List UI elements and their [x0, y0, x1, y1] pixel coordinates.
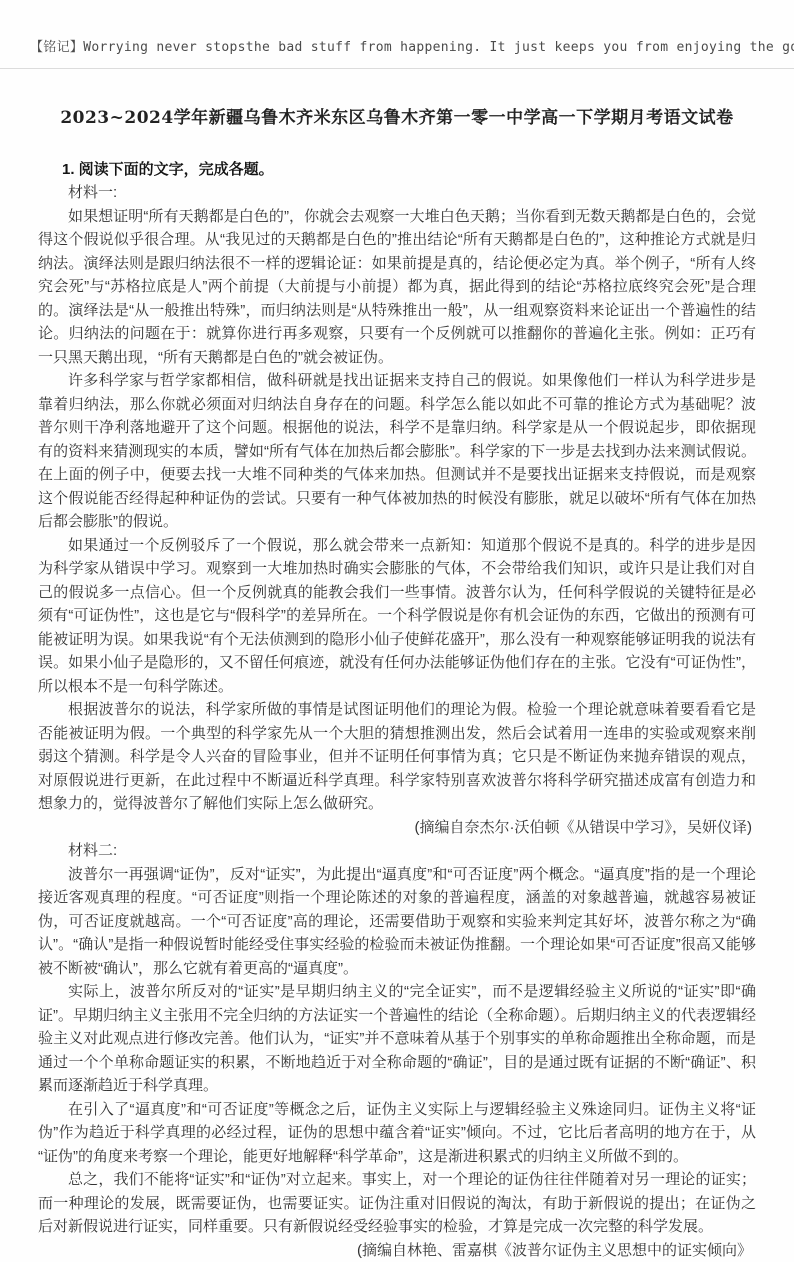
material-2-paragraph: 总之，我们不能将“证实”和“证伪”对立起来。事实上，对一个理论的证伪往往伴随着对… — [38, 1168, 756, 1239]
material-2-attribution: (摘编自林艳、雷嘉棋《波普尔证伪主义思想中的证实倾向》 — [38, 1239, 756, 1262]
material-1-paragraph: 如果想证明“所有天鹅都是白色的”，你就会去观察一大堆白色天鹅；当你看到无数天鹅都… — [38, 205, 756, 370]
material-1-paragraph: 许多科学家与哲学家都相信，做科研就是找出证据来支持自己的假说。如果像他们一样认为… — [38, 369, 756, 534]
material-1-attribution: (摘编自奈杰尔·沃伯顿《从错误中学习》，吴妍仪译) — [38, 816, 756, 840]
material-1-paragraph: 根据波普尔的说法，科学家所做的事情是试图证明他们的理论为假。检验一个理论就意味着… — [38, 698, 756, 816]
reading-passage: 材料一: 如果想证明“所有天鹅都是白色的”，你就会去观察一大堆白色天鹅；当你看到… — [38, 181, 756, 1262]
material-2-paragraph: 实际上，波普尔所反对的“证实”是早期归纳主义的“完全证实”，而不是逻辑经验主义所… — [38, 980, 756, 1098]
motto-quote: Worrying never stopsthe bad stuff from h… — [83, 40, 794, 55]
header-divider — [0, 68, 794, 69]
material-2-label: 材料二: — [38, 839, 756, 863]
paper-title: 2023~2024学年新疆乌鲁木齐米东区乌鲁木齐第一零一中学高一下学期月考语文试… — [40, 103, 754, 128]
motto-tag: 【铭记】 — [30, 40, 83, 55]
page-header-motto: 【铭记】Worrying never stopsthe bad stuff fr… — [0, 0, 794, 68]
material-2-paragraph: 波普尔一再强调“证伪”，反对“证实”，为此提出“逼真度”和“可否证度”两个概念。… — [38, 863, 756, 981]
material-1-paragraph: 如果通过一个反例驳斥了一个假说，那么就会带来一点新知：知道那个假说不是真的。科学… — [38, 534, 756, 699]
material-2-paragraph: 在引入了“逼真度”和“可否证度”等概念之后，证伪主义实际上与逻辑经验主义殊途同归… — [38, 1098, 756, 1169]
question-1-heading: 1. 阅读下面的文字，完成各题。 — [38, 158, 756, 181]
exam-paper-page: 【铭记】Worrying never stopsthe bad stuff fr… — [0, 0, 794, 1262]
material-1-label: 材料一: — [38, 181, 756, 205]
